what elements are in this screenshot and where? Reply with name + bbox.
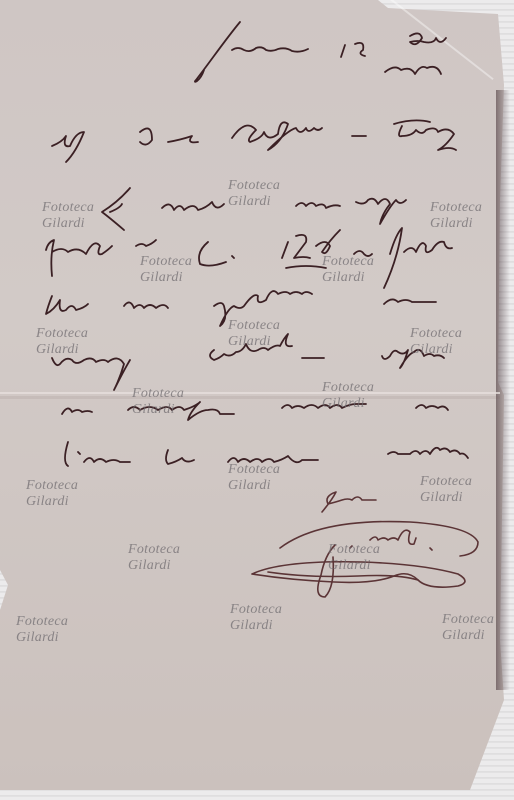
watermark-fototeca-gilardi: FototecaGilardi [230, 602, 282, 634]
watermark-fototeca-gilardi: FototecaGilardi [410, 326, 462, 358]
watermark-fototeca-gilardi: FototecaGilardi [228, 462, 280, 494]
watermark-fototeca-gilardi: FototecaGilardi [322, 380, 374, 412]
watermark-fototeca-gilardi: FototecaGilardi [430, 200, 482, 232]
watermark-fototeca-gilardi: FototecaGilardi [132, 386, 184, 418]
watermark-fototeca-gilardi: FototecaGilardi [26, 478, 78, 510]
watermark-fototeca-gilardi: FototecaGilardi [42, 200, 94, 232]
watermark-fototeca-gilardi: FototecaGilardi [322, 254, 374, 286]
watermark-fototeca-gilardi: FototecaGilardi [36, 326, 88, 358]
watermark-fototeca-gilardi: FototecaGilardi [16, 614, 68, 646]
watermark-fototeca-gilardi: FototecaGilardi [420, 474, 472, 506]
watermark-fototeca-gilardi: FototecaGilardi [442, 612, 494, 644]
handwriting-strokes [0, 0, 514, 800]
watermark-fototeca-gilardi: FototecaGilardi [228, 178, 280, 210]
watermark-fototeca-gilardi: FototecaGilardi [228, 318, 280, 350]
watermark-fototeca-gilardi: FototecaGilardi [140, 254, 192, 286]
watermark-fototeca-gilardi: FototecaGilardi [128, 542, 180, 574]
watermark-fototeca-gilardi: FototecaGilardi [328, 542, 380, 574]
